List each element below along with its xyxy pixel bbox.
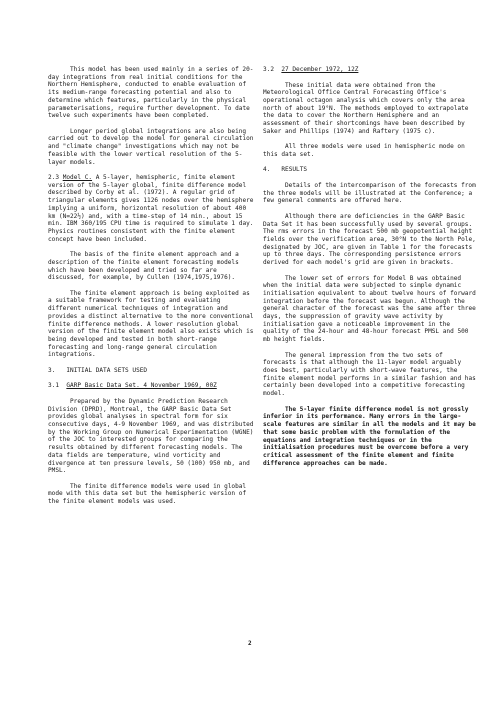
section-title: Model C.: [63, 174, 92, 181]
paragraph: This model has been used mainly in a ser…: [48, 66, 256, 120]
paragraph: The finite element approach is being exp…: [48, 290, 256, 359]
paragraph: The basis of the finite element approach…: [48, 251, 256, 282]
paragraph: Details of the intercomparison of the fo…: [263, 182, 479, 205]
paragraph: Although there are deficiencies in the G…: [263, 213, 479, 267]
page-number: 2: [248, 640, 252, 647]
paragraph: The finite difference models were used i…: [48, 483, 256, 506]
right-column: 3.2 27 December 1972, 12Z These initial …: [263, 66, 479, 475]
paragraph: All three models were used in hemispheri…: [263, 143, 479, 158]
section-number: 2.3: [48, 174, 59, 181]
paragraph: Longer period global integrations are al…: [48, 128, 256, 167]
section-2-3: 2.3 Model C. A 5-layer, hemispheric, fin…: [48, 174, 256, 243]
section-3-1-heading: 3.1 GARP Basic Data Set. 4 November 1969…: [48, 382, 256, 390]
paragraph: The general impression from the two sets…: [263, 352, 479, 398]
left-column: This model has been used mainly in a ser…: [48, 66, 256, 514]
paragraph: The lower set of errors for Model B was …: [263, 275, 479, 344]
section-3-2-heading: 3.2 27 December 1972, 12Z: [263, 66, 479, 74]
paragraph: Prepared by the Dynamic Prediction Resea…: [48, 398, 256, 475]
section-3-heading: 3. INITIAL DATA SETS USED: [48, 367, 256, 375]
paragraph: The 5-layer finite difference model is n…: [263, 406, 479, 468]
paragraph: These initial data were obtained from th…: [263, 82, 479, 136]
section-4-heading: 4. RESULTS: [263, 166, 479, 174]
